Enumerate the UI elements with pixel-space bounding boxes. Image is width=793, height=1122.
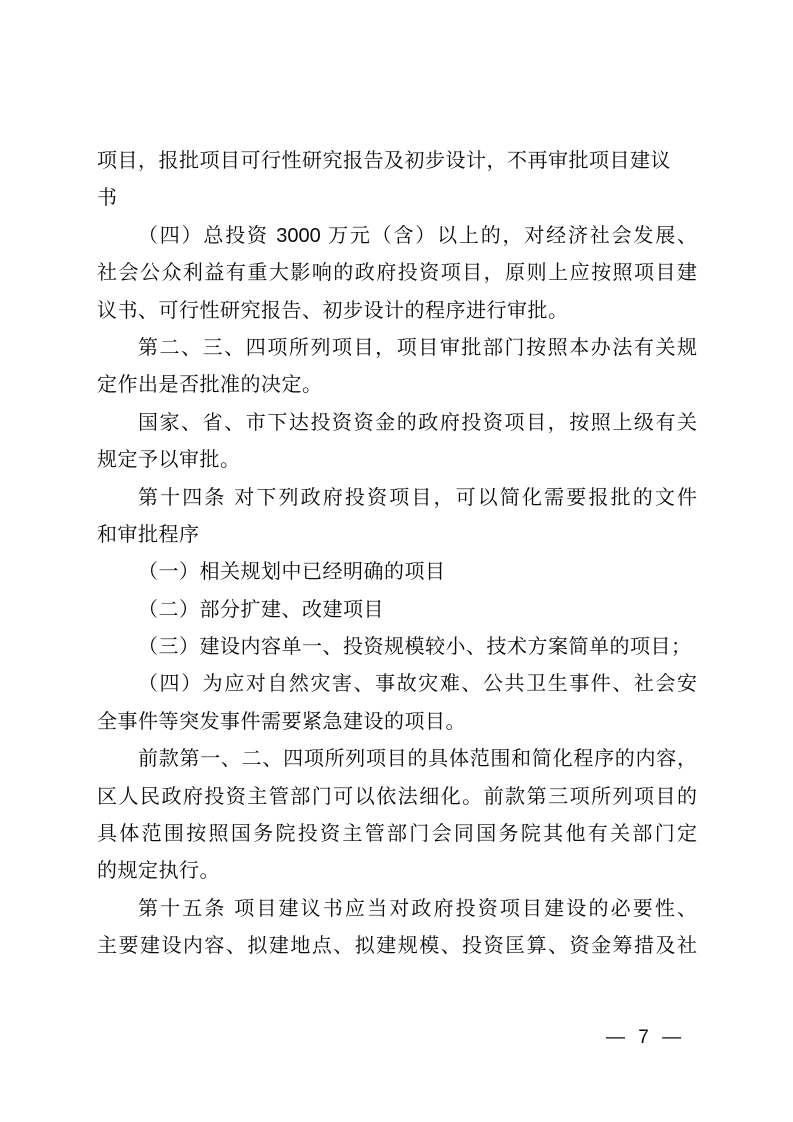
text-line: 主要建设内容、拟建地点、拟建规模、投资匡算、资金筹措及社 [97,928,697,965]
text-line: 具体范围按照国务院投资主管部门会同国务院其他有关部门定 [97,816,697,853]
text-line: 前款第一、二、四项所列项目的具体范围和简化程序的内容， [97,741,697,778]
text-line: （三）建设内容单一、投资规模较小、技术方案简单的项目； [97,629,697,666]
text-line: 社会公众利益有重大影响的政府投资项目，原则上应按照项目建 [97,255,697,292]
text-line: 国家、省、市下达投资资金的政府投资项目，按照上级有关 [97,405,697,442]
text-line: （四）总投资 3000 万元（含）以上的，对经济社会发展、 [97,218,697,255]
document-page: 项目，报批项目可行性研究报告及初步设计，不再审批项目建议 书 （四）总投资 30… [0,0,793,1122]
text-line: 区人民政府投资主管部门可以依法细化。前款第三项所列项目的 [97,779,697,816]
text-line: 书 [97,180,697,217]
document-body: 项目，报批项目可行性研究报告及初步设计，不再审批项目建议 书 （四）总投资 30… [97,143,697,966]
text-line: （二）部分扩建、改建项目 [97,592,697,629]
text-line: （四）为应对自然灾害、事故灾难、公共卫生事件、社会安 [97,666,697,703]
text-line: 的规定执行。 [97,853,697,890]
text-line: 第十五条 项目建议书应当对政府投资项目建设的必要性、 [97,891,697,928]
text-line: 项目，报批项目可行性研究报告及初步设计，不再审批项目建议 [97,143,697,180]
text-line: 和审批程序 [97,517,697,554]
text-line: 全事件等突发事件需要紧急建设的项目。 [97,704,697,741]
page-number: — 7 — [606,1026,682,1050]
text-line: （一）相关规划中已经明确的项目 [97,554,697,591]
text-line: 规定予以审批。 [97,442,697,479]
text-line: 议书、可行性研究报告、初步设计的程序进行审批。 [97,293,697,330]
text-line: 定作出是否批准的决定。 [97,367,697,404]
text-line: 第二、三、四项所列项目，项目审批部门按照本办法有关规 [97,330,697,367]
text-line: 第十四条 对下列政府投资项目，可以简化需要报批的文件 [97,480,697,517]
